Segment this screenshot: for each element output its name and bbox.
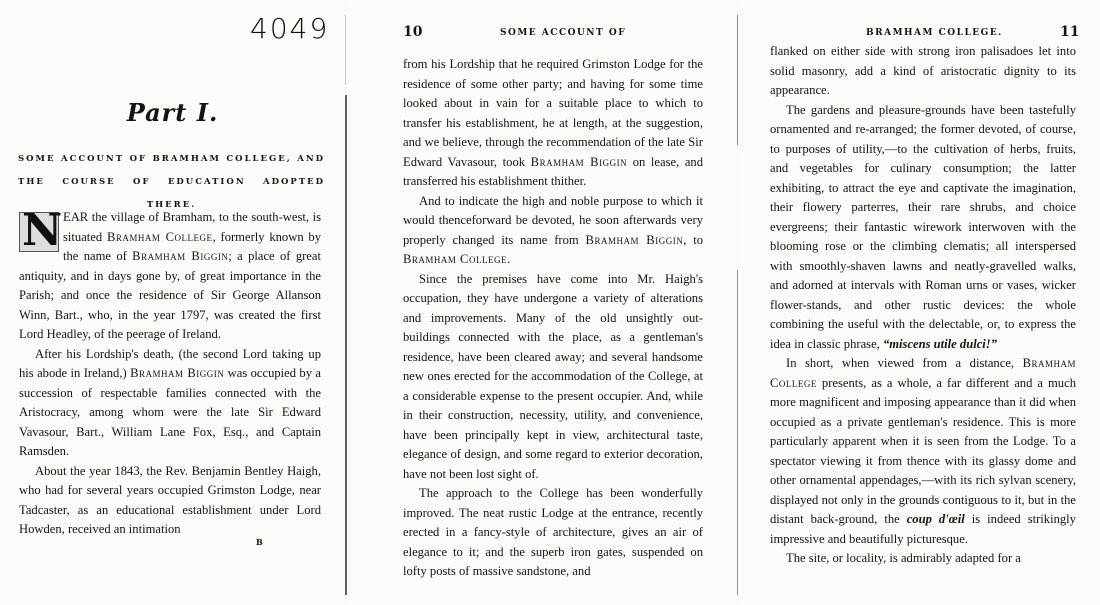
part-title: Part I. bbox=[0, 98, 345, 127]
paragraph: NEAR the village of Bramham, to the sout… bbox=[19, 208, 321, 345]
page1-body: NEAR the village of Bramham, to the sout… bbox=[19, 208, 321, 540]
paragraph: In short, when viewed from a distance, B… bbox=[770, 354, 1076, 549]
paragraph: from his Lordship that he required Grims… bbox=[403, 55, 703, 192]
paragraph: After his Lordship's death, (the second … bbox=[19, 345, 321, 462]
running-head: BRAMHAM COLLEGE. bbox=[866, 28, 1003, 38]
page3-body: flanked on either side with strong iron … bbox=[770, 42, 1076, 569]
chapter-heading: SOME ACCOUNT OF BRAMHAM COLLEGE, AND THE… bbox=[18, 148, 325, 217]
paragraph: The site, or locality, is admirably adap… bbox=[770, 549, 1076, 569]
signature-mark: B bbox=[256, 537, 263, 547]
page-divider bbox=[737, 15, 738, 145]
page-divider bbox=[345, 95, 347, 595]
page-number: 11 bbox=[1060, 24, 1079, 40]
drop-cap: N bbox=[19, 212, 59, 252]
paragraph: And to indicate the high and noble purpo… bbox=[403, 192, 703, 270]
page-divider bbox=[345, 15, 346, 85]
paragraph: About the year 1843, the Rev. Benjamin B… bbox=[19, 462, 321, 540]
page-number: 10 bbox=[403, 24, 422, 40]
running-head: SOME ACCOUNT OF bbox=[500, 28, 626, 38]
paragraph: The approach to the College has been won… bbox=[403, 484, 703, 582]
page2-body: from his Lordship that he required Grims… bbox=[403, 55, 703, 582]
handwritten-note: 4049 bbox=[250, 12, 329, 45]
paragraph: flanked on either side with strong iron … bbox=[770, 42, 1076, 101]
paragraph: The gardens and pleasure-grounds have be… bbox=[770, 101, 1076, 355]
paragraph: Since the premises have come into Mr. Ha… bbox=[403, 270, 703, 485]
page-divider bbox=[737, 270, 738, 595]
